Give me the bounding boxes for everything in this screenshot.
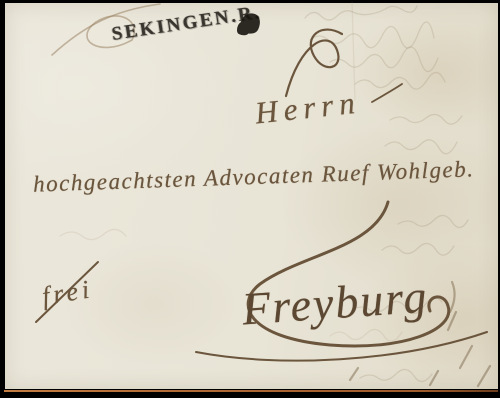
pen-flourish-layer	[0, 0, 500, 398]
herrn-ascender-flourish	[286, 30, 342, 96]
herrn-tail-flourish	[372, 84, 402, 102]
scanned-letter-cover: { "postmark": { "text": "SEKINGEN.R.", "…	[0, 0, 500, 398]
